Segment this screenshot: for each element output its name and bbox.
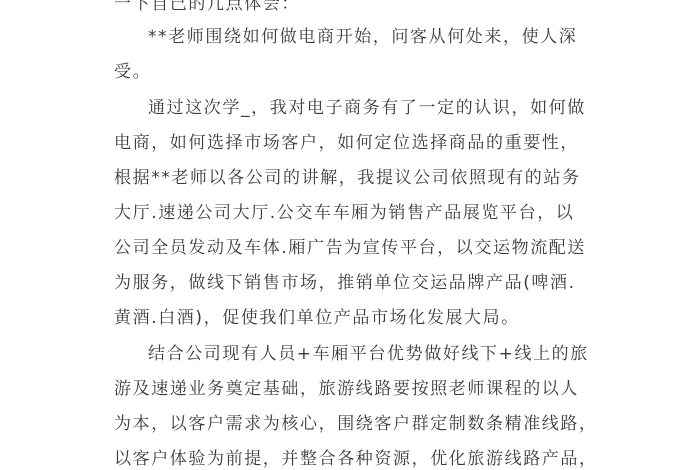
text-line-7: 大厅.速递公司大厅.公交车车厢为销售产品展览平台，以 bbox=[114, 203, 574, 223]
text-line-13: 为本，以客户需求为核心，围绕客户群定制数条精准线路， bbox=[114, 414, 598, 434]
text-line-11: 结合公司现有人员+车厢平台优势做好线下+线上的旅 bbox=[148, 344, 589, 364]
document-page: 一下自己的几点体会： **老师围绕如何做电商开始，问客从何处来，使人深 受。 通… bbox=[0, 0, 700, 470]
text-line-12: 游及速递业务奠定基础，旅游线路要按照老师课程的以人 bbox=[114, 379, 579, 399]
text-line-2: **老师围绕如何做电商开始，问客从何处来，使人深 bbox=[148, 27, 577, 47]
text-line-10: 黄酒.白酒)，促使我们单位产品市场化发展大局。 bbox=[114, 308, 520, 328]
text-line-1: 一下自己的几点体会： bbox=[114, 0, 300, 14]
text-line-6: 根据**老师以各公司的讲解，我提议公司依照现有的站务 bbox=[114, 168, 581, 188]
text-line-4: 通过这次学_，我对电子商务有了一定的认识，如何做 bbox=[148, 98, 586, 118]
text-line-3: 受。 bbox=[114, 62, 151, 82]
text-line-8: 公司全员发动及车体.厢广告为宣传平台，以交运物流配送 bbox=[114, 238, 586, 258]
text-line-5: 电商，如何选择市场客户，如何定位选择商品的重要性， bbox=[114, 133, 579, 153]
text-line-9: 为服务，做线下销售市场，推销单位交运品牌产品(啤酒. bbox=[114, 273, 576, 293]
text-line-14: 以客户体验为前提，并整合各种资源，优化旅游线路产品， bbox=[114, 449, 598, 469]
